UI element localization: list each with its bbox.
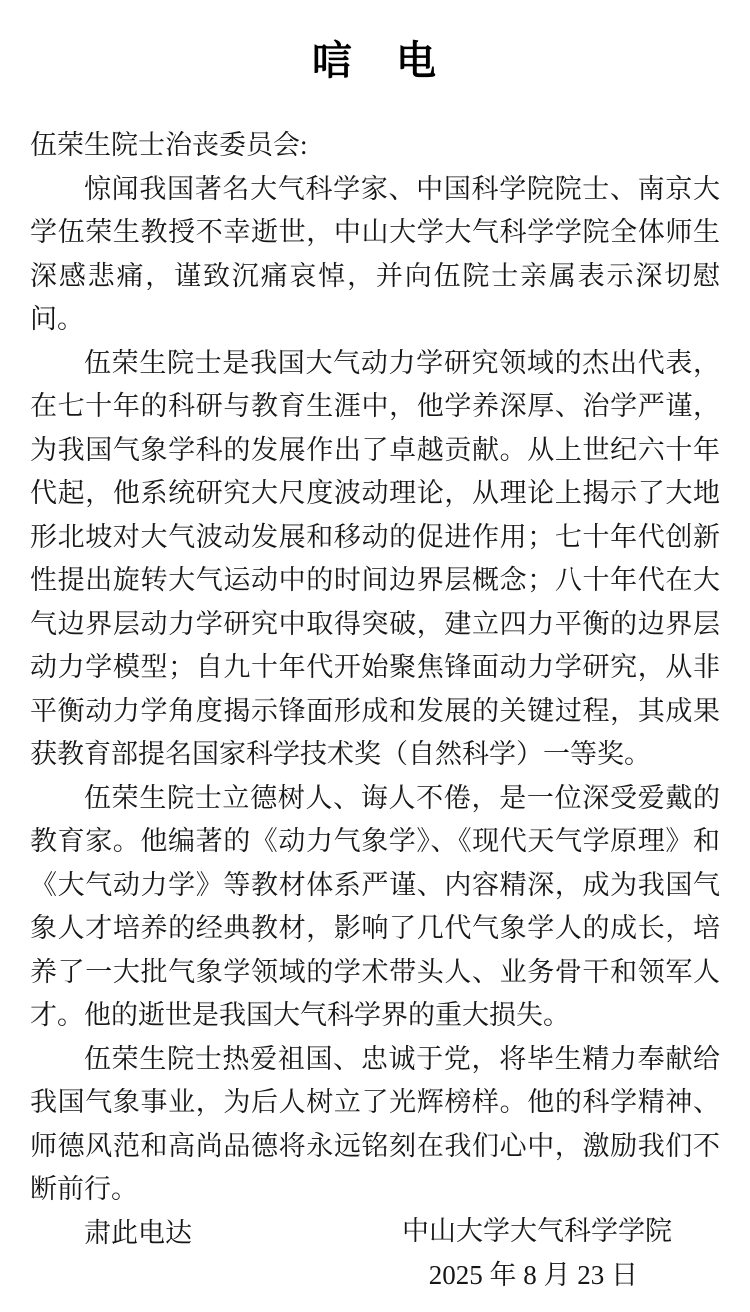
condolence-telegram-page: 唁 电 伍荣生院士治丧委员会: 惊闻我国著名大气科学家、中国科学院院士、南京大学… (0, 0, 750, 1312)
document-title: 唁 电 (0, 0, 750, 82)
signature-organization: 中山大学大气科学学院 (0, 1210, 750, 1254)
paragraph-1: 惊闻我国著名大气科学家、中国科学院院士、南京大学伍荣生教授不幸逝世，中山大学大气… (30, 168, 720, 342)
signature-date: 2025 年 8 月 23 日 (0, 1254, 750, 1298)
paragraph-3: 伍荣生院士立德树人、诲人不倦，是一位深受爱戴的教育家。他编著的《动力气象学》、《… (30, 777, 720, 1038)
paragraph-2: 伍荣生院士是我国大气动力学研究领域的杰出代表，在七十年的科研与教育生涯中，他学养… (30, 342, 720, 777)
salutation: 伍荣生院士治丧委员会: (30, 124, 720, 168)
signature-block: 中山大学大气科学学院 2025 年 8 月 23 日 (0, 1210, 750, 1297)
paragraph-4: 伍荣生院士热爱祖国、忠诚于党，将毕生精力奉献给我国气象事业，为后人树立了光辉榜样… (30, 1038, 720, 1212)
document-body: 伍荣生院士治丧委员会: 惊闻我国著名大气科学家、中国科学院院士、南京大学伍荣生教… (0, 82, 750, 1255)
